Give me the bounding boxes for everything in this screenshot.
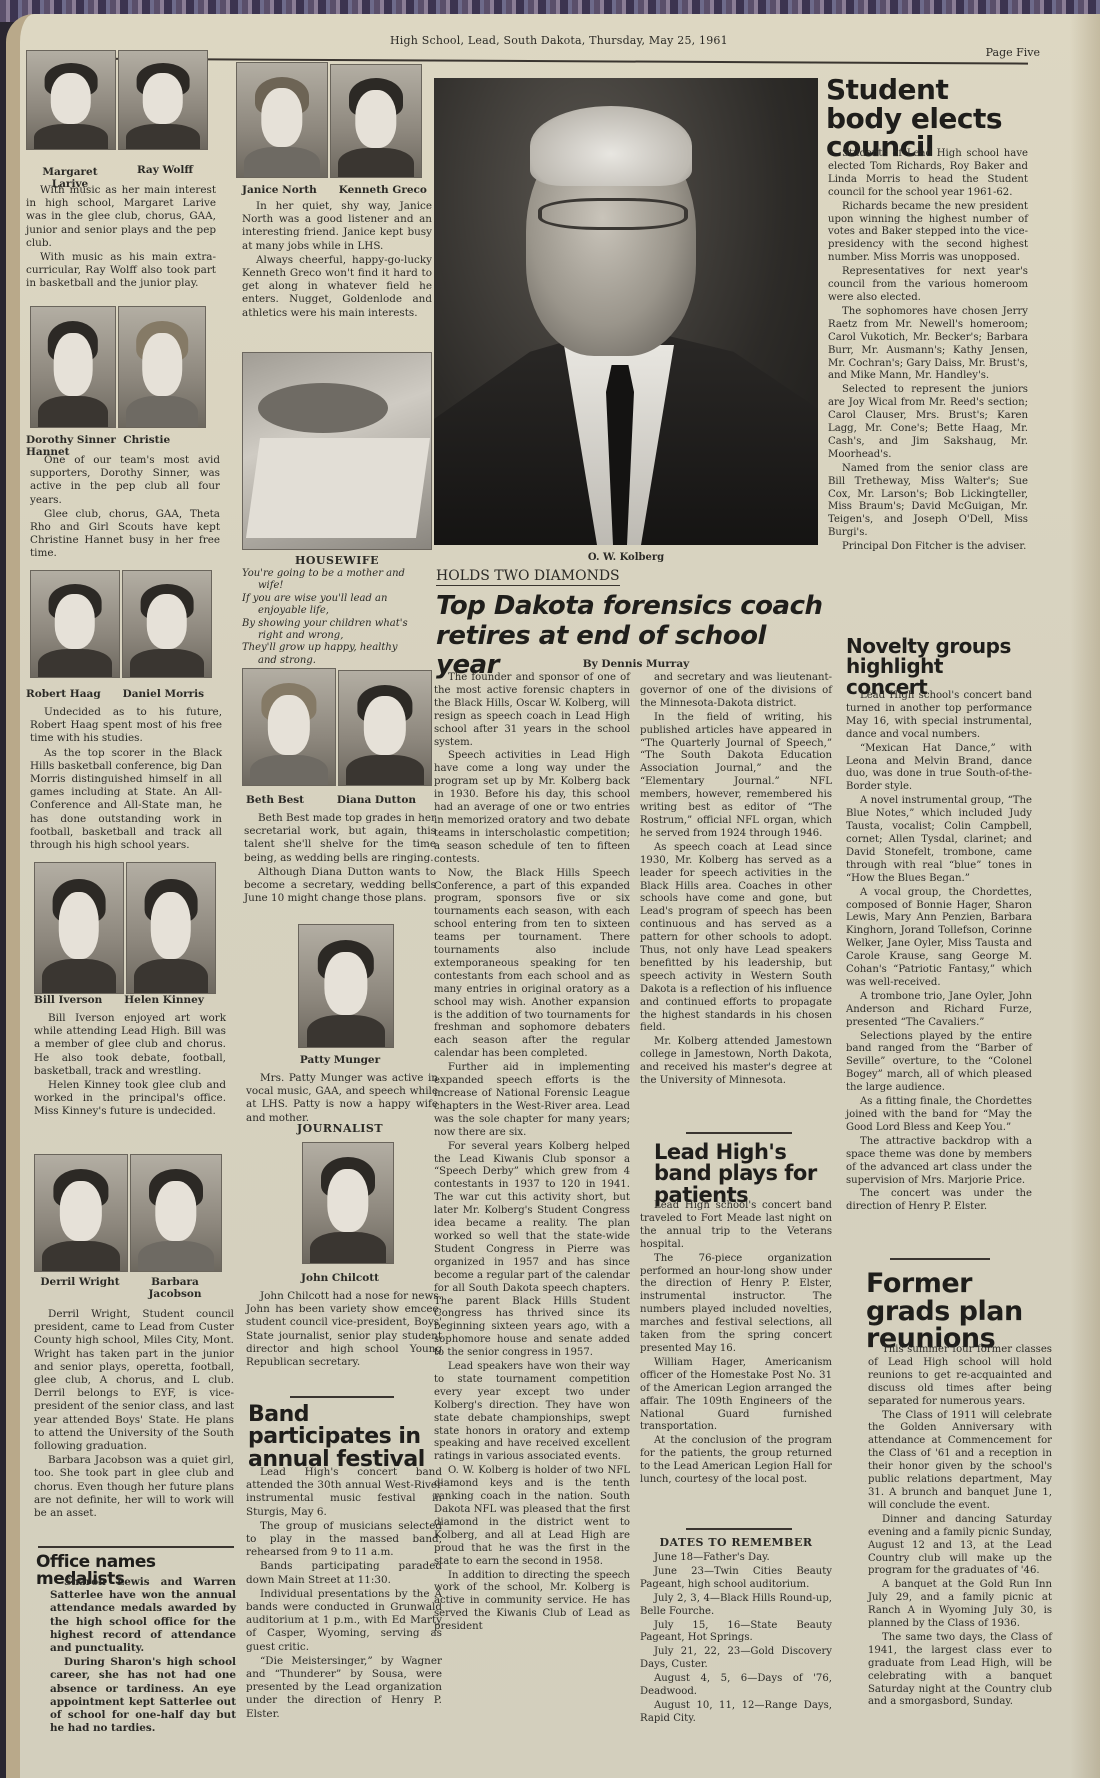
- headline-novelty-groups: Novelty groups highlight concert: [846, 636, 1026, 697]
- photo-diana-dutton: [338, 670, 432, 786]
- caption-derril-wright: Derril Wright: [34, 1276, 126, 1288]
- headline-band-festival: Band participates in annual festival: [248, 1404, 448, 1471]
- date-item: August 10, 11, 12—Range Days, Rapid City…: [640, 1700, 832, 1726]
- photo-barbara-jacobson: [130, 1154, 222, 1272]
- article-student-council: Students of Lead High school have electe…: [828, 148, 1028, 555]
- byline-kolberg: By Dennis Murray: [436, 658, 836, 670]
- article-novelty-groups: Lead High school's concert band turned i…: [846, 690, 1032, 1215]
- photo-margaret-larive: [26, 50, 116, 150]
- article-margaret-ray: With music as her main interest in high …: [26, 184, 216, 292]
- photo-bill-iverson: [34, 862, 124, 994]
- photo-ow-kolberg: [434, 78, 818, 545]
- divider: [686, 1132, 792, 1134]
- caption-janice-kenneth: Janice North Kenneth Greco: [242, 184, 432, 196]
- caption-bill-helen: Bill Iverson Helen Kinney: [34, 994, 220, 1006]
- photo-john-chilcott: [302, 1142, 394, 1264]
- photo-janice-north: [236, 62, 328, 178]
- dateline: High School, Lead, South Dakota, Thursda…: [390, 34, 728, 47]
- article-john-chilcott: John Chilcott had a nose for news. John …: [246, 1290, 442, 1370]
- caption-ow-kolberg: O. W. Kolberg: [434, 552, 818, 563]
- poem-housewife: You're going to be a mother andwife! If …: [242, 568, 438, 667]
- photo-dorothy-sinner: [30, 306, 116, 428]
- article-band-patients: Lead High school's concert band traveled…: [640, 1200, 832, 1488]
- article-band-festival: Lead High's concert band attended the 30…: [246, 1466, 442, 1722]
- article-beth-diana: Beth Best made top grades in her secreta…: [244, 812, 436, 906]
- date-item: June 23—Twin Cities Beauty Pageant, high…: [640, 1566, 832, 1592]
- article-kolberg-col1: The founder and sponsor of one of the mo…: [434, 672, 630, 1635]
- photo-patty-munger: [298, 924, 394, 1048]
- article-dorothy-christie: One of our team's most avid supporters, …: [30, 454, 220, 562]
- date-item: July 21, 22, 23—Gold Discovery Days, Cus…: [640, 1646, 832, 1672]
- photo-robert-haag: [30, 570, 120, 678]
- divider: [38, 1546, 234, 1548]
- divider: [686, 1528, 792, 1530]
- caption-beth-diana: Beth Best Diana Dutton: [246, 794, 436, 806]
- poem-title: HOUSEWIFE: [242, 554, 432, 567]
- photo-kenneth-greco: [330, 64, 422, 178]
- photo-derril-wright: [34, 1154, 128, 1272]
- photo-daniel-morris: [122, 570, 212, 678]
- kicker-holds-two-diamonds: HOLDS TWO DIAMONDS: [436, 568, 620, 586]
- article-office-medalists: Sharon Lewis and Warren Satterlee have w…: [50, 1576, 236, 1736]
- kicker-journalist: JOURNALIST: [242, 1122, 438, 1135]
- date-item: June 18—Father's Day.: [640, 1552, 832, 1565]
- divider: [290, 1396, 394, 1398]
- photo-helen-kinney: [126, 862, 216, 994]
- article-derril-barbara: Derril Wright, Student council president…: [34, 1308, 234, 1521]
- headline-former-grads: Former grads plan reunions: [866, 1270, 1046, 1353]
- date-item: August 4, 5, 6—Days of '76, Deadwood.: [640, 1673, 832, 1699]
- article-robert-daniel: Undecided as to his future, Robert Haag …: [30, 706, 222, 853]
- newspaper-page: High School, Lead, South Dakota, Thursda…: [6, 14, 1100, 1778]
- caption-john-chilcott: John Chilcott: [242, 1272, 438, 1284]
- divider: [890, 1258, 990, 1260]
- headline-band-patients: Lead High's band plays for patients: [654, 1142, 840, 1206]
- photo-housewife-kitchen: [242, 352, 432, 550]
- photo-christie-hannet: [118, 306, 206, 428]
- dates-title: DATES TO REMEMBER: [640, 1536, 832, 1549]
- caption-barbara-jacobson: Barbara Jacobson: [140, 1276, 210, 1300]
- caption-robert-daniel: Robert Haag Daniel Morris: [26, 688, 212, 700]
- caption-patty-munger: Patty Munger: [242, 1054, 438, 1066]
- page-number: Page Five: [986, 46, 1040, 59]
- photo-ray-wolff: [118, 50, 208, 150]
- date-item: July 2, 3, 4—Black Hills Round-up, Belle…: [640, 1593, 832, 1619]
- article-bill-helen: Bill Iverson enjoyed art work while atte…: [34, 1012, 226, 1120]
- article-former-grads: This summer four former classes of Lead …: [868, 1344, 1052, 1710]
- article-patty-munger: Mrs. Patty Munger was active in vocal mu…: [246, 1072, 438, 1126]
- dates-list: June 18—Father's Day.June 23—Twin Cities…: [640, 1552, 832, 1727]
- date-item: July 15, 16—State Beauty Pageant, Hot Sp…: [640, 1620, 832, 1646]
- caption-ray-wolff: Ray Wolff: [120, 164, 210, 176]
- photo-beth-best: [242, 668, 336, 786]
- article-kolberg-col2: and secretary and was lieutenant-governo…: [640, 672, 832, 1089]
- article-janice-kenneth: In her quiet, shy way, Janice North was …: [242, 200, 432, 321]
